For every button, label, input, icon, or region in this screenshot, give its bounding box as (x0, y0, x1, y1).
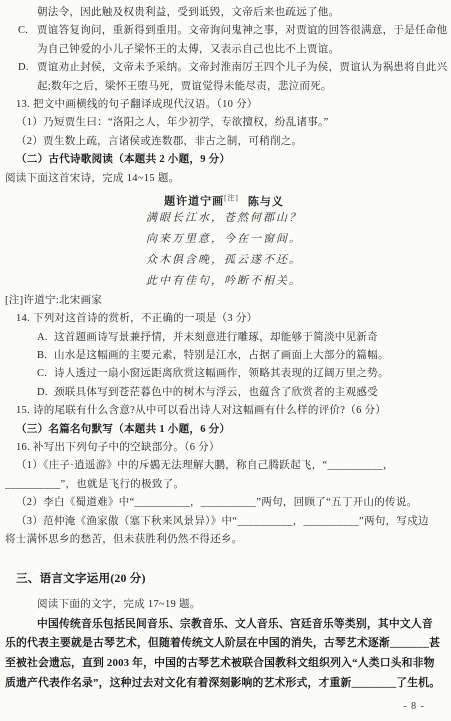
option-letter: C. (18, 22, 37, 40)
poem-author: 陈与义 (248, 196, 284, 208)
line-text: 15. 诗的尾联有什么含意?从中可以看出诗人对这幅画有什么样的评价?（6 分） (16, 405, 386, 416)
q13-sub-2: （2）贾生数上疏，言诸侯或连数郡，非古之制，可稍削之。 (5, 133, 443, 151)
page-number: - 8 - (5, 700, 443, 714)
q16-sub-1-continuation: __________”，也就是飞行的极致了。 (5, 476, 443, 494)
option-d-continuation: 起;数年之后，梁怀王堕马死，贾谊觉得未能尽责，悲泣而死。 (5, 78, 443, 96)
line-text: 这首题画诗写景兼抒情，并未刻意进行雕琢，却能够于简淡中见新奇 (54, 329, 378, 347)
q16-sub-3-continuation: 将士满怀思乡的愁苦，但未获胜利仍然不得还乡。 (5, 531, 443, 549)
line-text: __________”，也就是飞行的极致了。 (5, 479, 184, 490)
line-text: 贾谊答复询问，重新得到重用。文帝询问鬼神之事，对贾谊的回答很满意，于是任命他 (37, 22, 447, 40)
question-16: 16. 补写出下列句子中的空缺部分。（6 分） (5, 439, 443, 457)
line-text: 贾谊劝止封侯，文帝未予采纳。文帝封淮南厉王四个儿子为侯，贾谊认为祸患将自此兴 (37, 59, 447, 77)
line-text: 16. 补写出下列句子中的空缺部分。（6 分） (16, 442, 220, 453)
q14-option-a: A.这首题画诗写景兼抒情，并未刻意进行雕琢，却能够于简淡中见新奇 (5, 329, 443, 347)
passage-line-3: 至被社会遗忘，直到 2003 年，中国的古琴艺术被联合国教科文组织列入“人类口头… (5, 654, 443, 674)
line-text: 此中有佳句，吟断不相关。 (146, 275, 302, 287)
question-15: 15. 诗的尾联有什么含意?从中可以看出诗人对这幅画有什么样的评价?（6 分） (5, 402, 443, 420)
question-14: 14. 下列对这首诗的赏析，不正确的一项是（3 分） (5, 310, 443, 328)
q14-option-d: D.颈联具体写到苍茫暮色中的树木与浮云，也蕴含了欣赏者的主观感受 (5, 384, 443, 402)
poem-line-2: 向来万里意，今在一窗间。 (5, 229, 443, 250)
q16-sub-2: （2）李白《蜀道难》中“__________，__________”两句，回顾了… (5, 494, 443, 512)
line-text: （2）李白《蜀道难》中“__________，__________”两句，回顾了… (16, 497, 417, 508)
option-letter: B. (37, 347, 54, 365)
line-text: 将士满怀思乡的愁苦，但未获胜利仍然不得还乡。 (5, 534, 243, 545)
line-text: （二）古代诗歌阅读（本题共 2 小题，9 分） (16, 154, 230, 165)
line-text: （1）《庄子·逍遥游》中的斥鷃无法理解大鹏，称自己腾跃起飞，“_________… (16, 460, 394, 471)
section-heading-language: 三、语言文字运用(20 分) (5, 569, 443, 589)
q13-sub-1: （1）乃短贾生曰：“洛阳之人，年少初学，专欲擅权，纷乱诸事。” (5, 114, 443, 132)
option-letter: C. (37, 365, 54, 383)
section-heading-poetry: （二）古代诗歌阅读（本题共 2 小题，9 分） (5, 151, 443, 169)
line-text: 阅读下面这首宋诗，完成 14~15 题。 (5, 173, 179, 184)
exam-page: 朝法令，因此触及权贵利益，受到诋毁，文帝后来也疏远了他。C.贾谊答复询问，重新得… (0, 0, 451, 721)
line-text: （1）乃短贾生曰：“洛阳之人，年少初学，专欲擅权，纷乱诸事。” (16, 117, 329, 128)
passage-line-2: 乐的代表主要就是古琴艺术，但随着传统文人阶层在中国的消失，古琴艺术逐渐_____… (5, 634, 443, 654)
poetry-intro: 阅读下面这首宋诗，完成 14~15 题。 (5, 170, 443, 188)
passage-line-1: 中国传统音乐包括民间音乐、宗教音乐、文人音乐、宫廷音乐等类别，其中文人音 (5, 615, 443, 635)
language-intro: 阅读下面的文字，完成 17~19 题。 (5, 596, 443, 614)
line-text: （三）名篇名句默写（本题共 1 小题，6 分） (16, 424, 230, 435)
line-text: 颈联具体写到苍茫暮色中的树木与浮云，也蕴含了欣赏者的主观感受 (54, 384, 378, 402)
prev-option-continuation: 朝法令，因此触及权贵利益，受到诋毁，文帝后来也疏远了他。 (5, 4, 443, 22)
line-text: （3）范仲淹《渔家傲（塞下秋来风景异）》中“__________，_______… (16, 516, 429, 527)
poem-note-marker: [注] (224, 194, 239, 202)
line-text: 阅读下面的文字，完成 17~19 题。 (37, 599, 201, 610)
poem-title: 题许道宁画[注]陈与义 (5, 188, 443, 208)
passage-line-4: 质遗产代表作名录”，这种过去对文化有着深刻影响的艺术形式，才重新________… (5, 674, 443, 694)
line-text: [注]许道宁:北宋画家 (5, 295, 102, 306)
option-letter: D. (18, 59, 37, 77)
section-heading-dictation: （三）名篇名句默写（本题共 1 小题，6 分） (5, 421, 443, 439)
line-text: 为自己钟爱的小儿子梁怀王的太傅，又表示自己也比不上贾谊。 (37, 44, 339, 55)
option-letter: A. (37, 329, 54, 347)
option-c-continuation: 为自己钟爱的小儿子梁怀王的太傅，又表示自己也比不上贾谊。 (5, 41, 443, 59)
line-text: 众木俱含晚，孤云遂不还。 (146, 254, 302, 266)
line-text: 起;数年之后，梁怀王堕马死，贾谊觉得未能尽责，悲泣而死。 (37, 81, 332, 92)
q16-sub-1: （1）《庄子·逍遥游》中的斥鷃无法理解大鹏，称自己腾跃起飞，“_________… (5, 457, 443, 475)
line-text: 中国传统音乐包括民间音乐、宗教音乐、文人音乐、宫廷音乐等类别，其中文人音 (37, 618, 433, 630)
option-c: C.贾谊答复询问，重新得到重用。文帝询问鬼神之事，对贾谊的回答很满意，于是任命他 (5, 22, 443, 40)
line-text: 朝法令，因此触及权贵利益，受到诋毁，文帝后来也疏远了他。 (37, 7, 339, 18)
line-text: 13. 把文中画横线的句子翻译成现代汉语。（10 分） (16, 99, 258, 110)
poem-line-1: 满眼长江水，苍然何郡山？ (5, 208, 443, 229)
poem-line-4: 此中有佳句，吟断不相关。 (5, 271, 443, 292)
line-text: 14. 下列对这首诗的赏析，不正确的一项是（3 分） (16, 313, 257, 324)
line-text: 满眼长江水，苍然何郡山？ (146, 212, 302, 224)
poem-note: [注]许道宁:北宋画家 (5, 292, 443, 310)
q14-option-b: B.山水是这幅画的主要元素，特别是江水，占据了画面上大部分的篇幅。 (5, 347, 443, 365)
line-text: 乐的代表主要就是古琴艺术，但随着传统文人阶层在中国的消失，古琴艺术逐渐_____… (5, 637, 440, 649)
line-text: 山水是这幅画的主要元素，特别是江水，占据了画面上大部分的篇幅。 (54, 347, 389, 365)
poem-title-text: 题许道宁画 (164, 196, 224, 208)
line-text: 质遗产代表作名录”，这种过去对文化有着深刻影响的艺术形式，才重新________… (5, 677, 440, 689)
exam-text-lines: 朝法令，因此触及权贵利益，受到诋毁，文帝后来也疏远了他。C.贾谊答复询问，重新得… (5, 4, 443, 693)
line-text: 向来万里意，今在一窗间。 (146, 233, 302, 245)
option-letter: D. (37, 384, 54, 402)
line-text: （2）贾生数上疏，言诸侯或连数郡，非古之制，可稍削之。 (16, 136, 302, 147)
q16-sub-3: （3）范仲淹《渔家傲（塞下秋来风景异）》中“__________，_______… (5, 513, 443, 531)
option-d: D.贾谊劝止封侯，文帝未予采纳。文帝封淮南厉王四个儿子为侯，贾谊认为祸患将自此兴 (5, 59, 443, 77)
q14-option-c: C.诗人透过一扇小窗远距离欣赏这幅画作，领略其表现的辽阔万里之势。 (5, 365, 443, 383)
line-text: 诗人透过一扇小窗远距离欣赏这幅画作，领略其表现的辽阔万里之势。 (54, 365, 389, 383)
line-text: 至被社会遗忘，直到 2003 年，中国的古琴艺术被联合国教科文组织列入“人类口头… (5, 657, 435, 669)
line-text: 三、语言文字运用(20 分) (16, 573, 146, 585)
question-13: 13. 把文中画横线的句子翻译成现代汉语。（10 分） (5, 96, 443, 114)
poem-line-3: 众木俱含晚，孤云遂不还。 (5, 250, 443, 271)
